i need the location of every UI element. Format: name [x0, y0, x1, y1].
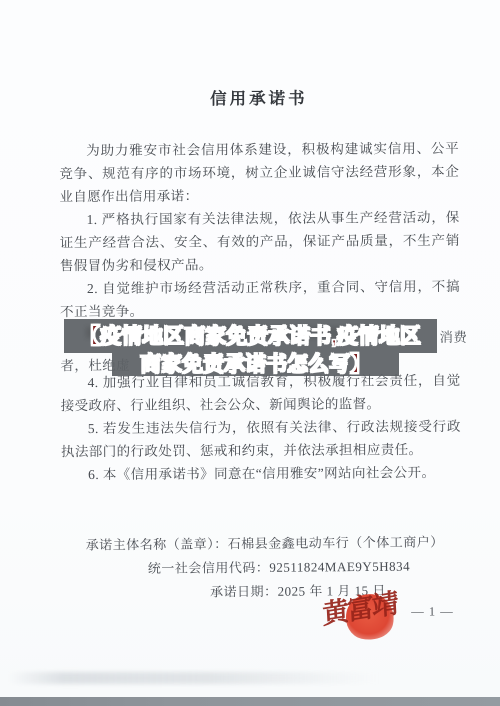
document-footer: 承诺主体名称（盖章）：石棉县金鑫电动车行（个体工商户） 统一社会信用代码：925…: [0, 0, 500, 706]
signature-stamp-area: 黄富靖: [320, 588, 412, 650]
subject-name-line: 承诺主体名称（盖章）：石棉县金鑫电动车行（个体工商户）: [86, 531, 444, 553]
scanned-document-screenshot: 信用承诺书 为助力雅安市社会信用体系建设，积极构建诚实信用、公平竞争、规范有序的…: [0, 0, 500, 706]
page-number: — 1 —: [411, 604, 454, 619]
scan-edge-bar: [0, 697, 500, 706]
scan-smudge-artifact: [8, 672, 380, 684]
credit-code-line: 统一社会信用代码：92511824MAE9Y5H834: [148, 556, 410, 577]
